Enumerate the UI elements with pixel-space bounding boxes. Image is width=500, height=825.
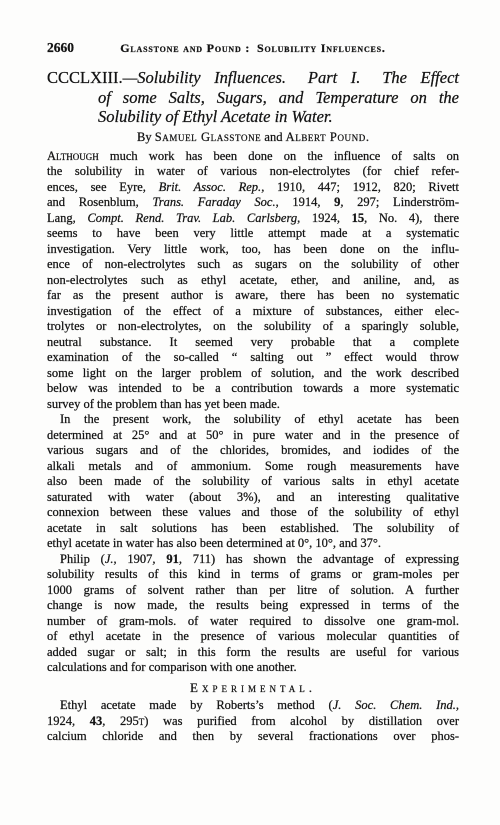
text-run: J. Soc. Chem. Ind. [333, 698, 456, 712]
article-title: CCCLXIII.—Solubility Influences. Part I.… [47, 68, 459, 127]
text-run: determined at 25° and at 50° in pure wat… [47, 428, 459, 442]
text-line: far as the present author is aware, ther… [47, 288, 459, 304]
text-run: connexion between these values and those… [47, 505, 459, 519]
text-run: , 711) has shown the advantage of expres… [179, 552, 459, 566]
text-run: also been made of the solubility of vari… [47, 474, 459, 488]
text-run: Trans. Faraday Soc. [152, 195, 275, 209]
text-line: saturated with water (about 3%), and an … [47, 490, 459, 506]
paragraph: Ethyl acetate made by Roberts’s method (… [47, 698, 459, 745]
text-run: the solubility in water of various non-e… [47, 164, 459, 178]
text-line: alkali metals and of ammonium. Some roug… [47, 459, 459, 475]
text-line: 1000 grams of solvent rather than per li… [47, 583, 459, 599]
text-run: , 1924, [297, 211, 351, 225]
text-run: . [366, 130, 369, 144]
text-run: alkali metals and of ammonium. Some roug… [47, 459, 459, 473]
text-line: Solubility of Ethyl Acetate in Water. [47, 107, 459, 127]
text-line: also been made of the solubility of vari… [47, 474, 459, 490]
text-run: calculations and for comparison with one… [47, 660, 297, 674]
text-line: of some Salts, Sugars, and Temperature o… [47, 88, 459, 108]
page-content: 2660 Glasstone and Pound : Solubility In… [47, 40, 459, 745]
paragraph: Although much work has been done on the … [47, 149, 459, 413]
text-line: 1924, 43, 295t) was purified from alcoho… [47, 714, 459, 730]
text-run: non-electrolytes such as ethyl acetate, … [47, 273, 459, 287]
text-line: added sugar or salt; in this form the re… [47, 645, 459, 661]
text-line: Although much work has been done on the … [47, 149, 459, 165]
paragraph: Philip (J., 1907, 91, 711) has shown the… [47, 552, 459, 676]
text-run: added sugar or salt; in this form the re… [47, 645, 459, 659]
text-run: and [261, 130, 285, 144]
text-run: investigation of the effect of a mixture… [47, 304, 459, 318]
text-line: ences, see Eyre, Brit. Assoc. Rep., 1910… [47, 180, 459, 196]
text-run [360, 68, 382, 87]
text-run: examination of the so-called “ salting o… [47, 350, 459, 364]
text-line: number of gram-mols. of water required t… [47, 614, 459, 630]
text-line: In the present work, the solubility of e… [47, 412, 459, 428]
text-run: ethyl acetate in water has also been det… [47, 536, 381, 550]
text-line: determined at 25° and at 50° in pure wat… [47, 428, 459, 444]
text-line: change is now made, the results being ex… [47, 598, 459, 614]
text-run: seems to have been very little attempt m… [47, 226, 459, 240]
text-run: 1000 grams of solvent rather than per li… [47, 583, 459, 597]
text-run: Brit. Assoc. Rep. [159, 180, 262, 194]
text-line: ethyl acetate in water has also been det… [47, 536, 459, 552]
text-run: , No. 4), there [364, 211, 459, 225]
text-line: investigation. Very little work, too, ha… [47, 242, 459, 258]
text-line: calculations and for comparison with one… [47, 660, 459, 676]
text-run: By [137, 130, 155, 144]
text-run: , 1910, 447; 1912, 820; Rivett [261, 180, 459, 194]
text-run: 91 [166, 552, 179, 566]
text-run: , 297; Linderström- [340, 195, 459, 209]
text-run: —Solubility Influences. [123, 68, 286, 87]
text-run [286, 68, 308, 87]
text-run: of some Salts, Sugars, and Temperature o… [98, 88, 459, 107]
text-run: ence of non-electrolytes such as sugars … [47, 257, 459, 271]
text-run: change is now made, the results being ex… [47, 598, 459, 612]
text-line: connexion between these values and those… [47, 505, 459, 521]
text-line: some light on the larger problem of solu… [47, 366, 459, 382]
text-line: non-electrolytes such as ethyl acetate, … [47, 273, 459, 289]
text-line: the solubility in water of various non-e… [47, 164, 459, 180]
text-run: CCCLXIII. [47, 68, 123, 87]
article-body: Although much work has been done on the … [47, 149, 459, 745]
text-run: , 1907, [114, 552, 167, 566]
byline: By Samuel Glasstone and Albert Pound. [47, 130, 459, 145]
text-run: Lang, [47, 211, 87, 225]
text-run: , 1914, [276, 195, 335, 209]
text-run: calcium chloride and then by several fra… [47, 729, 459, 743]
text-line: ence of non-electrolytes such as sugars … [47, 257, 459, 273]
text-run: of ethyl acetate in the presence of vari… [47, 629, 459, 643]
text-run: 15 [352, 211, 365, 225]
text-run: , [456, 698, 459, 712]
text-line: of ethyl acetate in the presence of vari… [47, 629, 459, 645]
text-line: examination of the so-called “ salting o… [47, 350, 459, 366]
text-run: Compt. Rend. Trav. Lab. Carlsberg [87, 211, 297, 225]
text-run: far as the present author is aware, ther… [47, 288, 459, 302]
section-heading-experimental: Experimental. [47, 680, 459, 696]
text-run: saturated with water (about 3%), and an … [47, 490, 459, 504]
text-line: Ethyl acetate made by Roberts’s method (… [47, 698, 459, 714]
running-title: Glasstone and Pound : Solubility Influen… [47, 41, 459, 56]
text-line: survey of the problem than has yet been … [47, 397, 459, 413]
text-run: Although [47, 149, 99, 163]
text-run: neutral substance. It seemed very probab… [47, 335, 459, 349]
text-run: various sugars and of the chlorides, bro… [47, 443, 459, 457]
text-run: 43 [90, 714, 103, 728]
text-line: below was intended to be a contribution … [47, 381, 459, 397]
text-line: various sugars and of the chlorides, bro… [47, 443, 459, 459]
text-run: J. [105, 552, 114, 566]
text-run: Samuel Glasstone [155, 130, 262, 144]
text-line: calcium chloride and then by several fra… [47, 729, 459, 745]
text-run: some light on the larger problem of solu… [47, 366, 459, 380]
text-line: trolytes or non-electrolytes, on the sol… [47, 319, 459, 335]
journal-page: 2660 Glasstone and Pound : Solubility In… [0, 0, 500, 825]
text-run: number of gram-mols. of water required t… [47, 614, 459, 628]
text-run: Albert Pound [286, 130, 366, 144]
text-run: solubility results of this kind in terms… [47, 567, 459, 581]
text-run: below was intended to be a contribution … [47, 381, 459, 395]
text-run: and Rosenblum, [47, 195, 152, 209]
text-run: survey of the problem than has yet been … [47, 397, 280, 411]
text-line: solubility results of this kind in terms… [47, 567, 459, 583]
page-header: 2660 Glasstone and Pound : Solubility In… [47, 40, 459, 55]
text-run: Part I. [308, 68, 361, 87]
text-run: , 295 [102, 714, 139, 728]
text-line: neutral substance. It seemed very probab… [47, 335, 459, 351]
text-run: 1924, [47, 714, 90, 728]
text-run: trolytes or non-electrolytes, on the sol… [47, 319, 459, 333]
text-run: acetate in salt solutions has been estab… [47, 521, 459, 535]
text-line: CCCLXIII.—Solubility Influences. Part I.… [47, 68, 459, 88]
text-line: and Rosenblum, Trans. Faraday Soc., 1914… [47, 195, 459, 211]
text-run: Philip ( [60, 552, 105, 566]
text-line: acetate in salt solutions has been estab… [47, 521, 459, 537]
text-run: ) was purified from alcohol by distillat… [144, 714, 459, 728]
text-line: investigation of the effect of a mixture… [47, 304, 459, 320]
paragraph: In the present work, the solubility of e… [47, 412, 459, 552]
text-run: In the present work, the solubility of e… [60, 412, 459, 426]
text-run: much work has been done on the influence… [99, 149, 459, 163]
text-line: Lang, Compt. Rend. Trav. Lab. Carlsberg,… [47, 211, 459, 227]
text-run: Solubility of Ethyl Acetate in Water. [98, 107, 333, 126]
text-run: The Effect [382, 68, 459, 87]
text-run: Ethyl acetate made by Roberts’s method ( [60, 698, 333, 712]
text-line: seems to have been very little attempt m… [47, 226, 459, 242]
text-line: Philip (J., 1907, 91, 711) has shown the… [47, 552, 459, 568]
text-run: investigation. Very little work, too, ha… [47, 242, 459, 256]
text-run: ences, see Eyre, [47, 180, 159, 194]
